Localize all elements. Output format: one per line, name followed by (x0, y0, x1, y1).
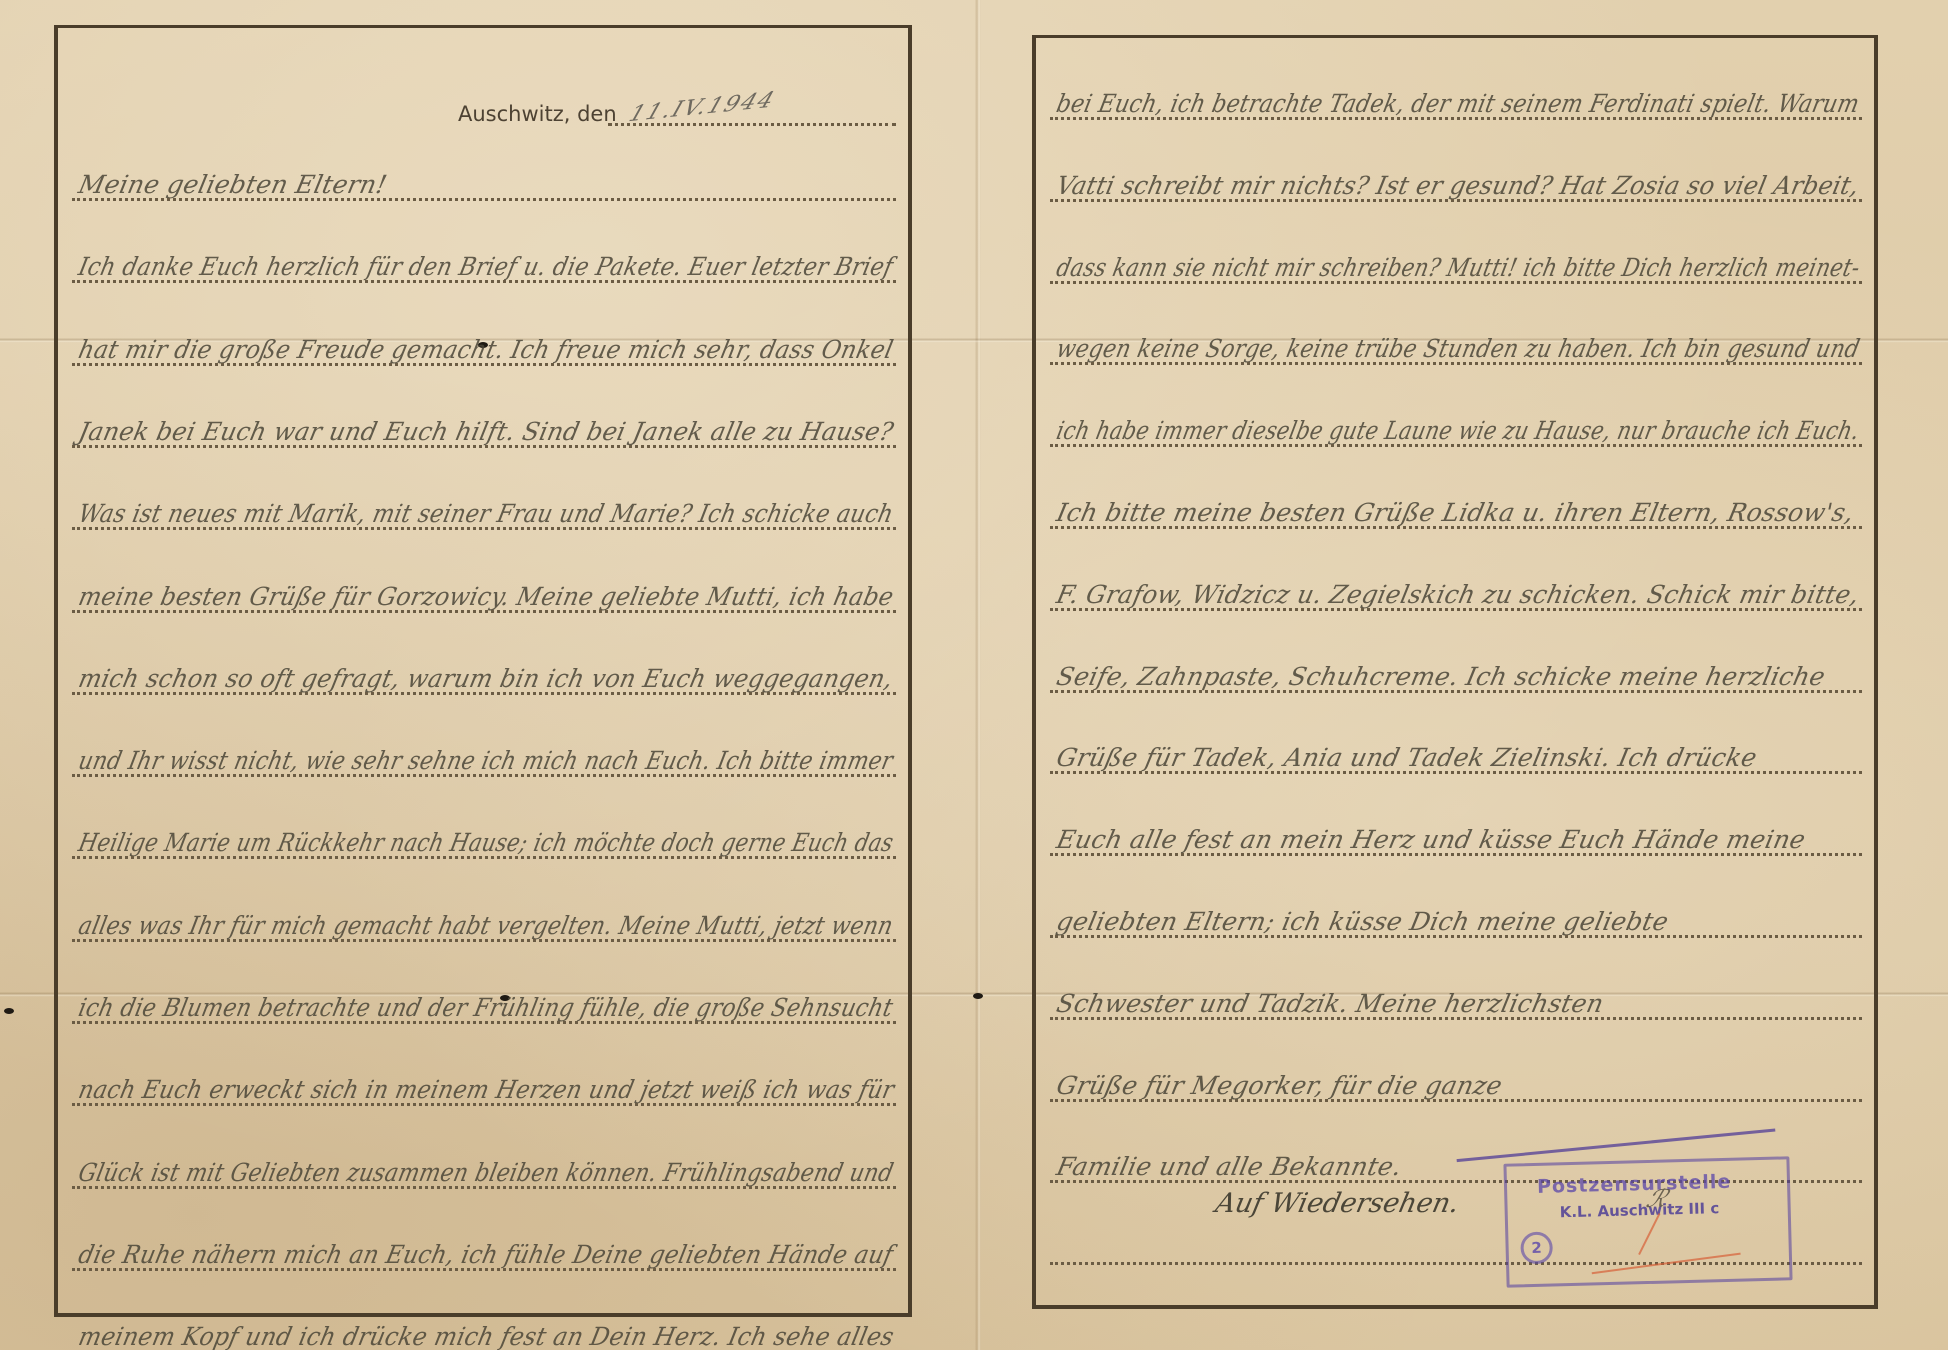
dotted-rule (72, 198, 896, 201)
letter-line: wegen keine Sorge, keine trübe Stunden z… (1050, 325, 1862, 365)
letter-line: F. Grafow, Widzicz u. Zegielskich zu sch… (1050, 571, 1862, 611)
dotted-rule (72, 610, 896, 613)
handwritten-text: Seife, Zahnpaste, Schuhcreme. Ich schick… (1054, 662, 1828, 691)
letter-line: Glück ist mit Geliebten zusammen bleiben… (72, 1149, 896, 1189)
letter-line: nach Euch erweckt sich in meinem Herzen … (72, 1066, 896, 1106)
paper-hole (973, 993, 983, 999)
dotted-rule (72, 1268, 896, 1271)
handwritten-text: meinem Kopf und ich drücke mich fest an … (76, 1322, 897, 1350)
letter-line: ich habe immer dieselbe gute Laune wie z… (1050, 407, 1862, 447)
paper-hole (4, 1008, 14, 1014)
letter-line: Seife, Zahnpaste, Schuhcreme. Ich schick… (1050, 653, 1862, 693)
dotted-rule (72, 1186, 896, 1189)
letter-line: meinem Kopf und ich drücke mich fest an … (72, 1313, 896, 1350)
handwritten-text: die Ruhe nähern mich an Euch, ich fühle … (76, 1240, 896, 1269)
handwritten-text: Vatti schreibt mir nichts? Ist er gesund… (1054, 171, 1862, 200)
handwritten-text: Heilige Marie um Rückkehr nach Hause; ic… (76, 828, 896, 857)
letter-line: hat mir die große Freude gemacht. Ich fr… (72, 326, 896, 366)
letter-line: geliebten Eltern; ich küsse Dich meine g… (1050, 898, 1862, 938)
handwritten-text: Grüße für Megorker, für die ganze (1054, 1071, 1505, 1100)
handwritten-text: ich habe immer dieselbe gute Laune wie z… (1054, 416, 1862, 445)
dotted-rule (72, 363, 896, 366)
dotted-rule (72, 939, 896, 942)
handwritten-text: bei Euch, ich betrachte Tadek, der mit s… (1054, 89, 1862, 118)
handwritten-text: Ich bitte meine besten Grüße Lidka u. ih… (1054, 498, 1857, 527)
handwritten-text: und Ihr wisst nicht, wie sehr sehne ich … (76, 746, 896, 775)
dotted-rule (72, 1103, 896, 1106)
letter-date: 11.IV.1944 (626, 88, 780, 127)
letter-line: meine besten Grüße für Gorzowicy. Meine … (72, 573, 896, 613)
dotted-rule (72, 1021, 896, 1024)
handwritten-text: dass kann sie nicht mir schreiben? Mutti… (1054, 253, 1863, 282)
dotted-rule (1050, 199, 1862, 202)
dotted-rule (1050, 281, 1862, 284)
letter-line: Was ist neues mit Marik, mit seiner Frau… (72, 490, 896, 530)
handwritten-text: F. Grafow, Widzicz u. Zegielskich zu sch… (1054, 580, 1862, 609)
letter-page-left: Auschwitz, den 11.IV.1944 Meine geliebte… (54, 25, 912, 1317)
handwritten-text: mich schon so oft gefragt, warum bin ich… (76, 664, 896, 693)
letter-page-right: bei Euch, ich betrachte Tadek, der mit s… (1032, 35, 1878, 1309)
dotted-rule (72, 856, 896, 859)
handwritten-text: Familie und alle Bekannte. (1054, 1152, 1404, 1181)
handwritten-text: alles was Ihr für mich gemacht habt verg… (76, 911, 896, 940)
letter-line: mich schon so oft gefragt, warum bin ich… (72, 655, 896, 695)
handwritten-text: Meine geliebten Eltern! (76, 170, 390, 199)
handwritten-text: Was ist neues mit Marik, mit seiner Frau… (76, 499, 896, 528)
letter-line: Janek bei Euch war und Euch hilft. Sind … (72, 408, 896, 448)
dotted-rule (72, 445, 896, 448)
dotted-rule (1050, 690, 1862, 693)
letter-line: und Ihr wisst nicht, wie sehr sehne ich … (72, 737, 896, 777)
letter-line: Ich bitte meine besten Grüße Lidka u. ih… (1050, 489, 1862, 529)
handwritten-text: Grüße für Tadek, Ania und Tadek Zielinsk… (1054, 743, 1760, 772)
letter-line: Vatti schreibt mir nichts? Ist er gesund… (1050, 162, 1862, 202)
censor-stamp: Postzensurstelle K.L. Auschwitz III c ℛ … (1503, 1156, 1792, 1287)
handwritten-text: Ich danke Euch herzlich für den Brief u.… (76, 252, 896, 281)
letter-line: Heilige Marie um Rückkehr nach Hause; ic… (72, 819, 896, 859)
dotted-rule (72, 527, 896, 530)
dotted-rule (1050, 1099, 1862, 1102)
dotted-rule (72, 692, 896, 695)
dotted-rule (1050, 853, 1862, 856)
handwritten-text: hat mir die große Freude gemacht. Ich fr… (76, 335, 896, 364)
stamp-number-circle: 2 (1520, 1232, 1553, 1265)
place-label: Auschwitz, den (458, 102, 617, 126)
letter-line: ich die Blumen betrachte und der Frühlin… (72, 984, 896, 1024)
letter-line: Euch alle fest an mein Herz und küsse Eu… (1050, 816, 1862, 856)
handwritten-text: meine besten Grüße für Gorzowicy. Meine … (76, 582, 896, 611)
handwritten-text: nach Euch erweckt sich in meinem Herzen … (76, 1075, 897, 1104)
dotted-rule (72, 774, 896, 777)
letter-line: die Ruhe nähern mich an Euch, ich fühle … (72, 1231, 896, 1271)
dotted-rule (1050, 444, 1862, 447)
stamp-title: Postzensurstelle (1537, 1171, 1732, 1198)
red-censor-mark (1586, 1213, 1740, 1274)
handwritten-text: geliebten Eltern; ich küsse Dich meine g… (1054, 907, 1671, 936)
dotted-rule (1050, 935, 1862, 938)
letter-header: Auschwitz, den 11.IV.1944 (458, 90, 896, 130)
letter-line: dass kann sie nicht mir schreiben? Mutti… (1050, 244, 1862, 284)
handwritten-text: wegen keine Sorge, keine trübe Stunden z… (1054, 334, 1863, 363)
letter-line: Grüße für Megorker, für die ganze (1050, 1062, 1862, 1102)
letter-line: bei Euch, ich betrachte Tadek, der mit s… (1050, 80, 1862, 120)
closing-salutation: Auf Wiedersehen. (1213, 1188, 1462, 1219)
letter-line: alles was Ihr für mich gemacht habt verg… (72, 902, 896, 942)
letter-line: Ich danke Euch herzlich für den Brief u.… (72, 243, 896, 283)
dotted-rule (1050, 1017, 1862, 1020)
handwritten-text: Glück ist mit Geliebten zusammen bleiben… (76, 1158, 896, 1187)
vertical-fold-crease (975, 0, 981, 1350)
letter-line: Grüße für Tadek, Ania und Tadek Zielinsk… (1050, 734, 1862, 774)
dotted-rule (1050, 771, 1862, 774)
handwritten-text: Schwester und Tadzik. Meine herzlichsten (1054, 989, 1606, 1018)
dotted-rule (1050, 362, 1862, 365)
dotted-rule (1050, 608, 1862, 611)
letter-line: Meine geliebten Eltern! (72, 161, 896, 201)
dotted-rule (72, 280, 896, 283)
letter-line: Schwester und Tadzik. Meine herzlichsten (1050, 980, 1862, 1020)
dotted-rule (1050, 526, 1862, 529)
handwritten-text: Janek bei Euch war und Euch hilft. Sind … (76, 417, 896, 446)
handwritten-text: ich die Blumen betrachte und der Frühlin… (76, 993, 896, 1022)
dotted-rule (1050, 117, 1862, 120)
handwritten-text: Euch alle fest an mein Herz und küsse Eu… (1054, 825, 1808, 854)
